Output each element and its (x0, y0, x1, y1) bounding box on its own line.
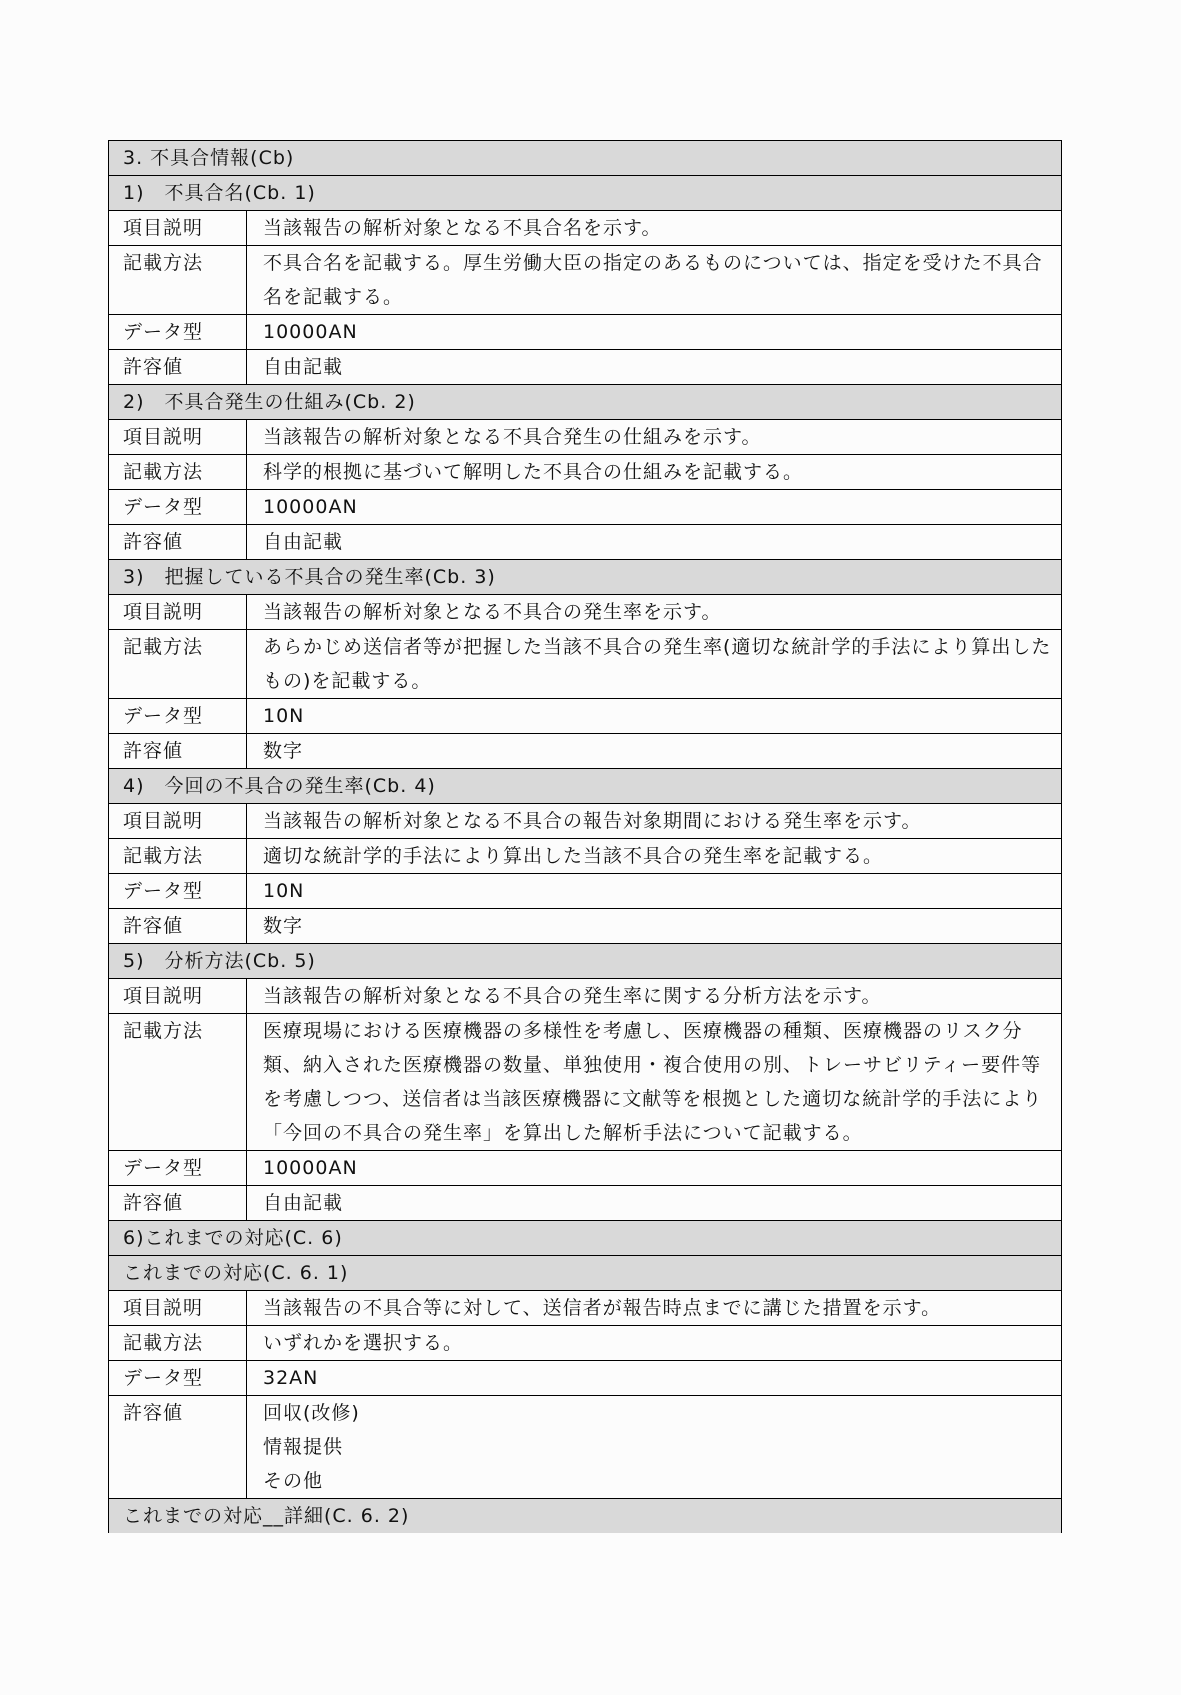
field-value: 10000AN (247, 1151, 1062, 1186)
field-value: 数字 (247, 734, 1062, 769)
field-value: 当該報告の解析対象となる不具合の発生率に関する分析方法を示す。 (247, 979, 1062, 1014)
section-header-row: これまでの対応(C. 6. 1) (109, 1256, 1062, 1291)
table-row: 記載方法 不具合名を記載する。厚生労働大臣の指定のあるものについては、指定を受け… (109, 246, 1062, 315)
field-label: 記載方法 (109, 246, 247, 315)
table-row: データ型 10000AN (109, 1151, 1062, 1186)
table-row: 許容値 自由記載 (109, 350, 1062, 385)
table-row: データ型 32AN (109, 1361, 1062, 1396)
field-value: 32AN (247, 1361, 1062, 1396)
field-label: 項目説明 (109, 211, 247, 246)
field-label: 項目説明 (109, 1291, 247, 1326)
section-header-label: 2) 不具合発生の仕組み(Cb. 2) (109, 385, 1062, 420)
section-header-row: 3. 不具合情報(Cb) (109, 141, 1062, 176)
field-label: 項目説明 (109, 979, 247, 1014)
field-value: 10000AN (247, 490, 1062, 525)
field-value: いずれかを選択する。 (247, 1326, 1062, 1361)
field-label: 記載方法 (109, 1326, 247, 1361)
table-row: 許容値 自由記載 (109, 1186, 1062, 1221)
field-label: データ型 (109, 490, 247, 525)
section-header-label: これまでの対応(C. 6. 1) (109, 1256, 1062, 1291)
table-row: 許容値 自由記載 (109, 525, 1062, 560)
table-row: 許容値 回収(改修) 情報提供 その他 (109, 1396, 1062, 1499)
section-header-label: 5) 分析方法(Cb. 5) (109, 944, 1062, 979)
table-row: データ型 10N (109, 874, 1062, 909)
table-row: 項目説明 当該報告の解析対象となる不具合の報告対象期間における発生率を示す。 (109, 804, 1062, 839)
table-row: データ型 10000AN (109, 490, 1062, 525)
section-header-row: 6)これまでの対応(C. 6) (109, 1221, 1062, 1256)
table-row: 記載方法 あらかじめ送信者等が把握した当該不具合の発生率(適切な統計学的手法によ… (109, 630, 1062, 699)
field-label: 記載方法 (109, 839, 247, 874)
table-row: 項目説明 当該報告の不具合等に対して、送信者が報告時点までに講じた措置を示す。 (109, 1291, 1062, 1326)
section-header-row: 4) 今回の不具合の発生率(Cb. 4) (109, 769, 1062, 804)
field-label: データ型 (109, 1151, 247, 1186)
spec-table-body: 3. 不具合情報(Cb) 1) 不具合名(Cb. 1) 項目説明 当該報告の解析… (109, 141, 1062, 1534)
field-label: データ型 (109, 315, 247, 350)
document-page: 3. 不具合情報(Cb) 1) 不具合名(Cb. 1) 項目説明 当該報告の解析… (108, 140, 1062, 1533)
field-label: 許容値 (109, 1396, 247, 1499)
table-row: データ型 10000AN (109, 315, 1062, 350)
field-label: 記載方法 (109, 455, 247, 490)
table-row: 項目説明 当該報告の解析対象となる不具合発生の仕組みを示す。 (109, 420, 1062, 455)
field-label: 許容値 (109, 350, 247, 385)
field-label: データ型 (109, 1361, 247, 1396)
field-value: 10N (247, 874, 1062, 909)
section-header-label: 1) 不具合名(Cb. 1) (109, 176, 1062, 211)
table-row: 項目説明 当該報告の解析対象となる不具合の発生率に関する分析方法を示す。 (109, 979, 1062, 1014)
table-row: 許容値 数字 (109, 909, 1062, 944)
table-row: 記載方法 適切な統計学的手法により算出した当該不具合の発生率を記載する。 (109, 839, 1062, 874)
field-value: 適切な統計学的手法により算出した当該不具合の発生率を記載する。 (247, 839, 1062, 874)
section-header-label: 3) 把握している不具合の発生率(Cb. 3) (109, 560, 1062, 595)
field-label: 項目説明 (109, 420, 247, 455)
field-value: 不具合名を記載する。厚生労働大臣の指定のあるものについては、指定を受けた不具合名… (247, 246, 1062, 315)
field-value: 当該報告の解析対象となる不具合の発生率を示す。 (247, 595, 1062, 630)
section-header-label: これまでの対応__詳細(C. 6. 2) (109, 1499, 1062, 1534)
field-value: 当該報告の解析対象となる不具合の報告対象期間における発生率を示す。 (247, 804, 1062, 839)
section-header-row: 3) 把握している不具合の発生率(Cb. 3) (109, 560, 1062, 595)
section-header-label: 6)これまでの対応(C. 6) (109, 1221, 1062, 1256)
field-value: 数字 (247, 909, 1062, 944)
field-value: 当該報告の不具合等に対して、送信者が報告時点までに講じた措置を示す。 (247, 1291, 1062, 1326)
spec-table: 3. 不具合情報(Cb) 1) 不具合名(Cb. 1) 項目説明 当該報告の解析… (108, 140, 1062, 1533)
field-value: 当該報告の解析対象となる不具合発生の仕組みを示す。 (247, 420, 1062, 455)
field-label: データ型 (109, 874, 247, 909)
field-value: あらかじめ送信者等が把握した当該不具合の発生率(適切な統計学的手法により算出した… (247, 630, 1062, 699)
field-value: 科学的根拠に基づいて解明した不具合の仕組みを記載する。 (247, 455, 1062, 490)
field-value: 当該報告の解析対象となる不具合名を示す。 (247, 211, 1062, 246)
table-row: 記載方法 医療現場における医療機器の多様性を考慮し、医療機器の種類、医療機器のリ… (109, 1014, 1062, 1151)
section-header-label: 4) 今回の不具合の発生率(Cb. 4) (109, 769, 1062, 804)
field-label: 許容値 (109, 909, 247, 944)
section-header-label: 3. 不具合情報(Cb) (109, 141, 1062, 176)
table-row: 記載方法 いずれかを選択する。 (109, 1326, 1062, 1361)
field-value: 10N (247, 699, 1062, 734)
section-header-row: 2) 不具合発生の仕組み(Cb. 2) (109, 385, 1062, 420)
table-row: 項目説明 当該報告の解析対象となる不具合の発生率を示す。 (109, 595, 1062, 630)
field-value: 自由記載 (247, 525, 1062, 560)
section-header-row: 1) 不具合名(Cb. 1) (109, 176, 1062, 211)
field-value: 自由記載 (247, 1186, 1062, 1221)
table-row: 項目説明 当該報告の解析対象となる不具合名を示す。 (109, 211, 1062, 246)
field-label: 許容値 (109, 734, 247, 769)
field-value: 自由記載 (247, 350, 1062, 385)
field-value: 医療現場における医療機器の多様性を考慮し、医療機器の種類、医療機器のリスク分類、… (247, 1014, 1062, 1151)
field-value: 回収(改修) 情報提供 その他 (247, 1396, 1062, 1499)
field-label: 許容値 (109, 1186, 247, 1221)
section-header-row: 5) 分析方法(Cb. 5) (109, 944, 1062, 979)
table-row: 許容値 数字 (109, 734, 1062, 769)
section-header-row: これまでの対応__詳細(C. 6. 2) (109, 1499, 1062, 1534)
field-label: 項目説明 (109, 804, 247, 839)
field-label: 許容値 (109, 525, 247, 560)
field-label: 記載方法 (109, 630, 247, 699)
field-label: 記載方法 (109, 1014, 247, 1151)
field-value: 10000AN (247, 315, 1062, 350)
table-row: データ型 10N (109, 699, 1062, 734)
table-row: 記載方法 科学的根拠に基づいて解明した不具合の仕組みを記載する。 (109, 455, 1062, 490)
field-label: データ型 (109, 699, 247, 734)
field-label: 項目説明 (109, 595, 247, 630)
